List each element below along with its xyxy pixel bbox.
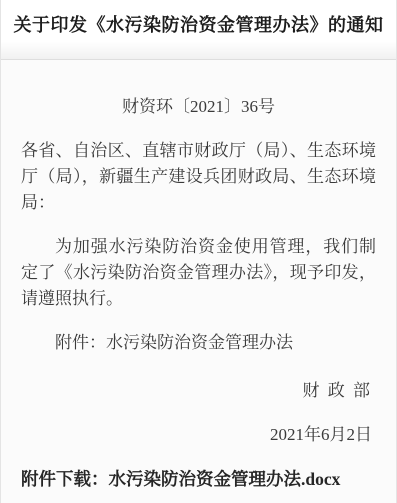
document-body: 财资环〔2021〕36号 各省、自治区、直辖市财政厅（局）、生态环境厅（局），新…: [1, 60, 396, 492]
salutation: 各省、自治区、直辖市财政厅（局）、生态环境厅（局），新疆生产建设兵团财政局、生态…: [21, 138, 376, 216]
attachment-download-line: 附件下载：水污染防治资金管理办法.docx: [21, 466, 376, 492]
attachment-line: 附件：水污染防治资金管理办法: [21, 330, 376, 356]
title-block: 关于印发《水污染防治资金管理办法》的通知: [1, 0, 396, 60]
page-title: 关于印发《水污染防治资金管理办法》的通知: [11, 10, 386, 40]
document-page: 关于印发《水污染防治资金管理办法》的通知 财资环〔2021〕36号 各省、自治区…: [0, 0, 397, 503]
issue-date: 2021年6月2日: [21, 422, 376, 448]
issuer: 财 政 部: [21, 378, 376, 404]
download-link[interactable]: 水污染防治资金管理办法.docx: [109, 469, 341, 489]
body-paragraph: 为加强水污染防治资金使用管理，我们制定了《水污染防治资金管理办法》，现予印发，请…: [21, 234, 376, 312]
download-label: 附件下载：: [21, 469, 109, 489]
doc-number: 财资环〔2021〕36号: [21, 94, 376, 120]
